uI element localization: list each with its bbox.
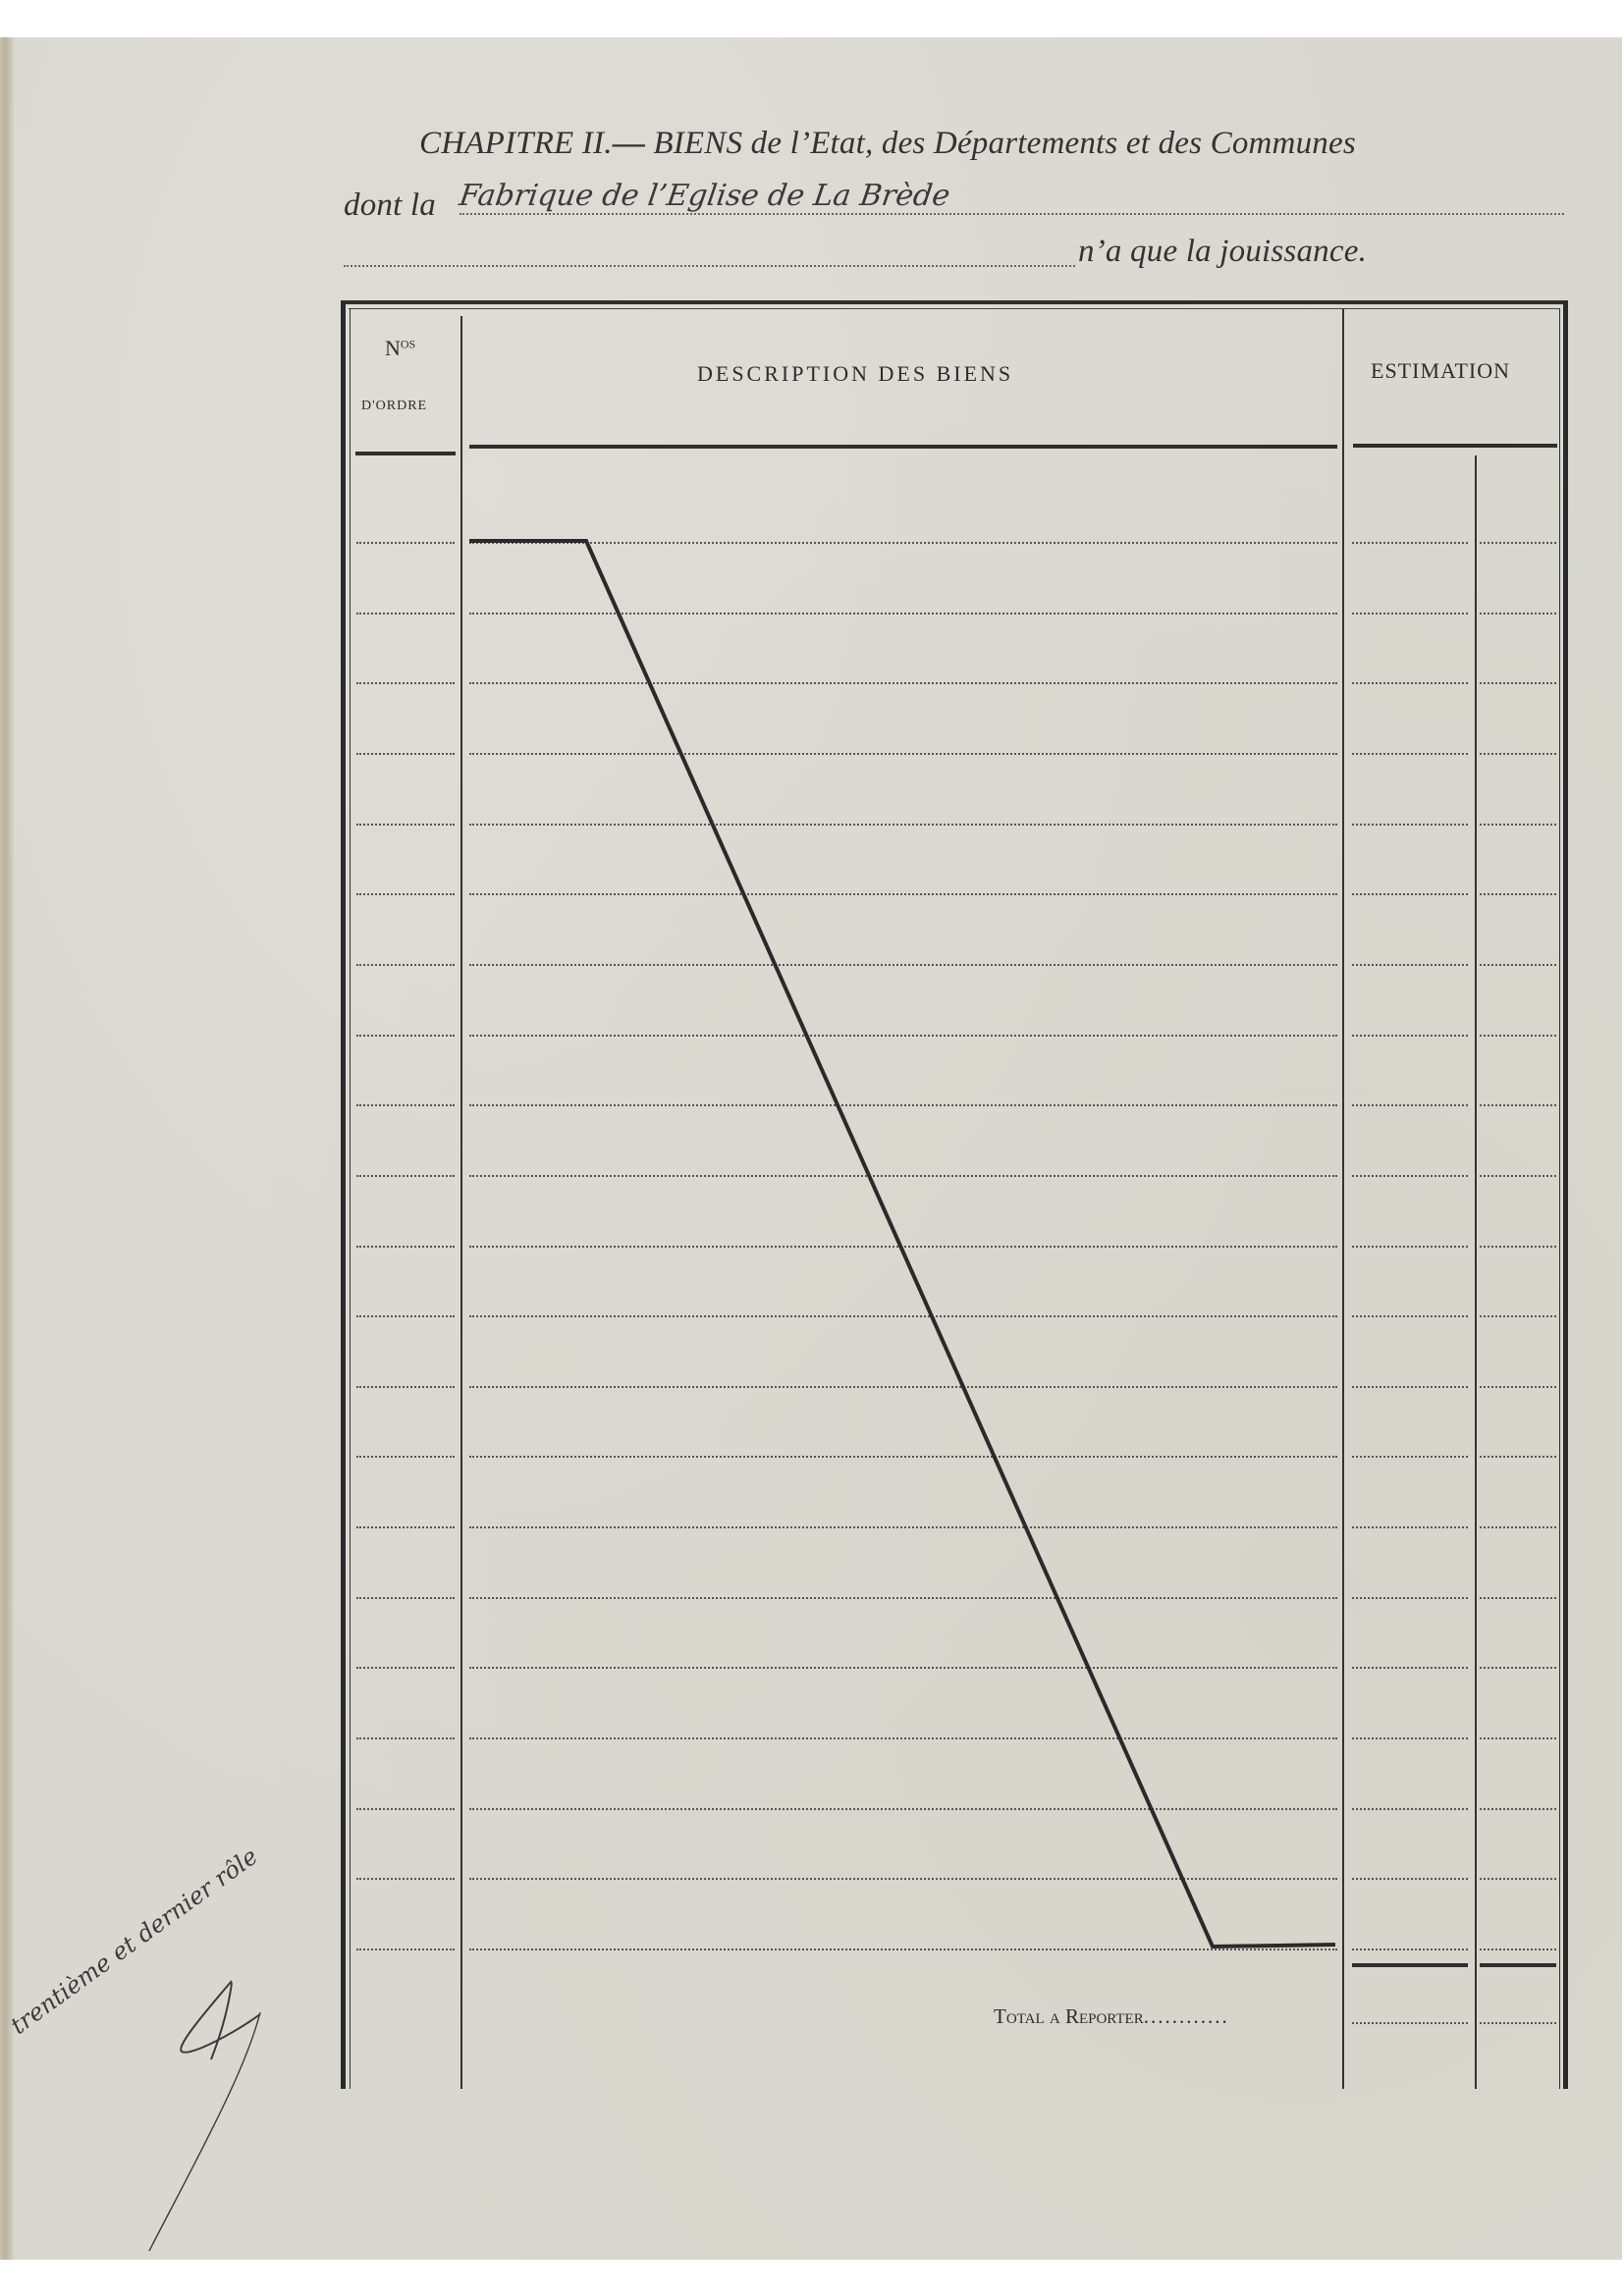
total-value-line-sub[interactable] bbox=[1480, 2022, 1556, 2024]
row-line-estimation-main[interactable] bbox=[1352, 1315, 1468, 1317]
row-line-estimation-main[interactable] bbox=[1352, 1246, 1468, 1248]
header-rule-estimation bbox=[1353, 444, 1557, 448]
column-header-estimation: ESTIMATION bbox=[1371, 358, 1510, 384]
header-rule-nos bbox=[355, 452, 456, 455]
row-line-estimation-main[interactable] bbox=[1352, 542, 1468, 544]
row-line-nos[interactable] bbox=[356, 542, 455, 544]
row-line-estimation-sub[interactable] bbox=[1480, 893, 1556, 895]
row-line-nos[interactable] bbox=[356, 964, 455, 966]
row-line-estimation-main[interactable] bbox=[1352, 1456, 1468, 1458]
row-line-estimation-sub[interactable] bbox=[1480, 1737, 1556, 1739]
total-a-reporter-label: Total a Reporter............ bbox=[994, 2004, 1229, 2029]
heading-rest: de l’Etat, des Départements et des Commu… bbox=[751, 126, 1356, 161]
row-line-estimation-sub[interactable] bbox=[1480, 1104, 1556, 1106]
row-line-estimation-main[interactable] bbox=[1352, 1597, 1468, 1599]
row-line-estimation-sub[interactable] bbox=[1480, 1035, 1556, 1037]
row-line-nos[interactable] bbox=[356, 1456, 455, 1458]
row-line-description[interactable] bbox=[469, 964, 1337, 966]
row-line-estimation-sub[interactable] bbox=[1480, 1667, 1556, 1669]
row-line-nos[interactable] bbox=[356, 1597, 455, 1599]
row-line-nos[interactable] bbox=[356, 682, 455, 684]
row-line-estimation-sub[interactable] bbox=[1480, 753, 1556, 755]
total-value-line-main[interactable] bbox=[1352, 2022, 1468, 2024]
row-line-nos[interactable] bbox=[356, 753, 455, 755]
row-line-description[interactable] bbox=[469, 1315, 1337, 1317]
row-line-estimation-sub[interactable] bbox=[1480, 1246, 1556, 1248]
row-line-estimation-main[interactable] bbox=[1352, 1175, 1468, 1177]
row-line-nos[interactable] bbox=[356, 1315, 455, 1317]
row-line-nos[interactable] bbox=[356, 1104, 455, 1106]
total-rule-estimation-main bbox=[1352, 1963, 1468, 1967]
row-line-description[interactable] bbox=[469, 753, 1337, 755]
column-header-dordre: d'ordre bbox=[361, 399, 427, 414]
row-line-estimation-sub[interactable] bbox=[1480, 542, 1556, 544]
row-line-estimation-main[interactable] bbox=[1352, 1808, 1468, 1810]
row-line-description[interactable] bbox=[469, 1878, 1337, 1880]
row-line-estimation-main[interactable] bbox=[1352, 753, 1468, 755]
row-line-estimation-main[interactable] bbox=[1352, 1667, 1468, 1669]
row-line-description[interactable] bbox=[469, 1597, 1337, 1599]
row-line-description[interactable] bbox=[469, 1035, 1337, 1037]
total-rule-estimation-sub bbox=[1480, 1963, 1556, 1967]
table-left-inner-border bbox=[350, 308, 351, 2089]
row-line-nos[interactable] bbox=[356, 1386, 455, 1388]
heading-line2-prefix: dont la bbox=[344, 187, 436, 224]
row-line-estimation-sub[interactable] bbox=[1480, 1597, 1556, 1599]
column-header-nos: NOS bbox=[385, 336, 415, 361]
total-label-text: Total a Reporter bbox=[994, 2004, 1144, 2028]
row-line-description[interactable] bbox=[469, 542, 1337, 544]
row-line-estimation-sub[interactable] bbox=[1480, 1526, 1556, 1528]
chapter-number: CHAPITRE II. bbox=[419, 126, 613, 161]
row-line-nos[interactable] bbox=[356, 824, 455, 826]
row-line-estimation-sub[interactable] bbox=[1480, 1315, 1556, 1317]
table-right-inner-border bbox=[1559, 308, 1560, 2089]
row-line-nos[interactable] bbox=[356, 1246, 455, 1248]
divider-estimation-sub bbox=[1475, 455, 1477, 2089]
table-top-border bbox=[341, 300, 1568, 304]
row-line-estimation-sub[interactable] bbox=[1480, 1175, 1556, 1177]
row-line-estimation-sub[interactable] bbox=[1480, 1386, 1556, 1388]
row-line-estimation-main[interactable] bbox=[1352, 1526, 1468, 1528]
row-line-nos[interactable] bbox=[356, 1878, 455, 1880]
row-line-estimation-sub[interactable] bbox=[1480, 1878, 1556, 1880]
row-line-description[interactable] bbox=[469, 824, 1337, 826]
row-line-estimation-sub[interactable] bbox=[1480, 613, 1556, 614]
row-line-nos[interactable] bbox=[356, 1737, 455, 1739]
row-line-nos[interactable] bbox=[356, 1526, 455, 1528]
chapter-heading: CHAPITRE II.— BIENS de l’Etat, des Dépar… bbox=[419, 126, 1356, 162]
row-line-nos[interactable] bbox=[356, 1035, 455, 1037]
row-line-estimation-main[interactable] bbox=[1352, 1737, 1468, 1739]
row-line-description[interactable] bbox=[469, 1808, 1337, 1810]
table-left-border bbox=[341, 300, 346, 2089]
row-line-estimation-main[interactable] bbox=[1352, 1035, 1468, 1037]
row-line-estimation-main[interactable] bbox=[1352, 824, 1468, 826]
row-line-description[interactable] bbox=[469, 1949, 1337, 1950]
row-line-estimation-main[interactable] bbox=[1352, 613, 1468, 614]
row-line-description[interactable] bbox=[469, 1175, 1337, 1177]
row-line-description[interactable] bbox=[469, 1246, 1337, 1248]
row-line-estimation-main[interactable] bbox=[1352, 893, 1468, 895]
divider-nos-description bbox=[460, 316, 462, 2089]
total-label-dots: ............ bbox=[1144, 2004, 1229, 2028]
heading-line3-suffix: n’a que la jouissance. bbox=[1078, 234, 1367, 270]
row-line-estimation-main[interactable] bbox=[1352, 964, 1468, 966]
page-binding-edge bbox=[0, 37, 14, 2260]
divider-description-estimation bbox=[1342, 308, 1344, 2089]
row-line-description[interactable] bbox=[469, 1386, 1337, 1388]
row-line-estimation-main[interactable] bbox=[1352, 682, 1468, 684]
row-line-nos[interactable] bbox=[356, 1667, 455, 1669]
row-line-description[interactable] bbox=[469, 1737, 1337, 1739]
row-line-estimation-sub[interactable] bbox=[1480, 1949, 1556, 1950]
header-rule-description bbox=[469, 445, 1337, 449]
row-line-estimation-sub[interactable] bbox=[1480, 824, 1556, 826]
column-header-description: DESCRIPTION DES BIENS bbox=[697, 361, 1013, 387]
handwritten-fabrique-name: Fabrique de l’Eglise de La Brède bbox=[458, 179, 952, 213]
row-line-estimation-main[interactable] bbox=[1352, 1878, 1468, 1880]
row-line-nos[interactable] bbox=[356, 613, 455, 614]
heading-biens: BIENS bbox=[653, 126, 742, 161]
row-line-estimation-sub[interactable] bbox=[1480, 1808, 1556, 1810]
row-line-nos[interactable] bbox=[356, 893, 455, 895]
row-line-nos[interactable] bbox=[356, 1808, 455, 1810]
row-line-nos[interactable] bbox=[356, 1949, 455, 1950]
heading-dash: — bbox=[613, 126, 645, 161]
row-line-estimation-main[interactable] bbox=[1352, 1104, 1468, 1106]
row-line-estimation-sub[interactable] bbox=[1480, 1456, 1556, 1458]
row-line-estimation-sub[interactable] bbox=[1480, 964, 1556, 966]
row-line-description[interactable] bbox=[469, 1526, 1337, 1528]
row-line-estimation-main[interactable] bbox=[1352, 1386, 1468, 1388]
row-line-description[interactable] bbox=[469, 893, 1337, 895]
table-right-border bbox=[1563, 300, 1568, 2089]
heading-line2-rule bbox=[460, 213, 1564, 215]
table-top-inner-border bbox=[349, 308, 1560, 309]
row-line-description[interactable] bbox=[469, 1456, 1337, 1458]
row-line-description[interactable] bbox=[469, 1667, 1337, 1669]
row-line-estimation-main[interactable] bbox=[1352, 1949, 1468, 1950]
row-line-description[interactable] bbox=[469, 1104, 1337, 1106]
row-line-nos[interactable] bbox=[356, 1175, 455, 1177]
heading-line3-rule bbox=[344, 265, 1075, 267]
row-line-description[interactable] bbox=[469, 613, 1337, 614]
row-line-estimation-sub[interactable] bbox=[1480, 682, 1556, 684]
row-line-description[interactable] bbox=[469, 682, 1337, 684]
